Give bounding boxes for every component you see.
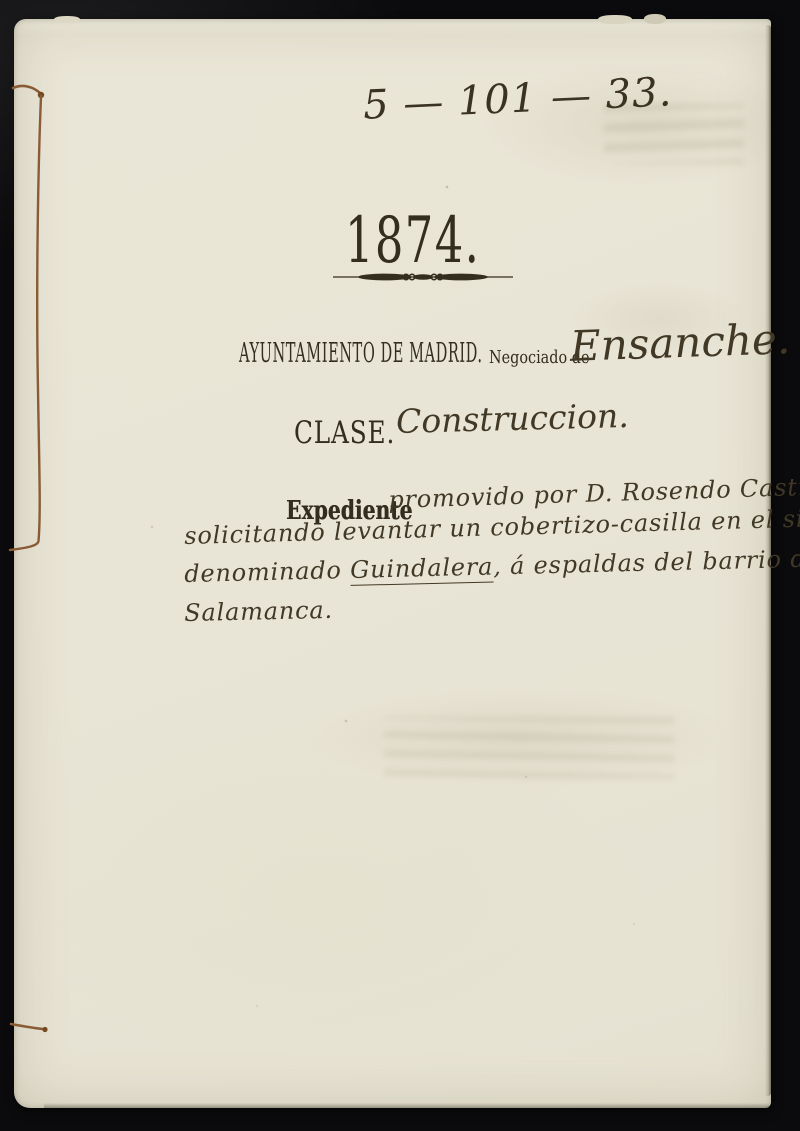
expediente-line-2: solicitando levantar un cobertizo-casill… xyxy=(184,506,800,548)
ink-showthrough xyxy=(384,717,674,779)
page-bottom-shadow xyxy=(44,1103,769,1108)
document-page: 5 — 101 — 33. 1874. AYUNTAMIENTO DE MADR… xyxy=(14,19,771,1108)
line3-suffix: , á espaldas del barrio de xyxy=(493,544,800,580)
line3-prefix: denominado xyxy=(184,556,351,588)
folio-reference: 5 — 101 — 33. xyxy=(362,69,673,128)
year-heading: 1874. xyxy=(345,209,538,273)
line3-underlined-placename: Guindalera xyxy=(350,552,494,585)
deckle-edge-fragment xyxy=(54,16,80,23)
expediente-line-3: denominado Guindalera, á espaldas del ba… xyxy=(184,546,800,586)
clase-value: Construccion. xyxy=(396,399,630,438)
year-text: 1874. xyxy=(345,209,480,273)
photo-backdrop: 5 — 101 — 33. 1874. AYUNTAMIENTO DE MADR… xyxy=(0,0,800,1131)
expediente-line-4: Salamanca. xyxy=(184,598,333,625)
deckle-edge-fragment xyxy=(644,14,666,24)
ornamental-divider xyxy=(333,269,513,289)
deckle-edge-fragment xyxy=(598,15,632,24)
negociado-value: Ensanche. xyxy=(569,318,790,368)
divider-ornament-icon xyxy=(333,269,513,285)
